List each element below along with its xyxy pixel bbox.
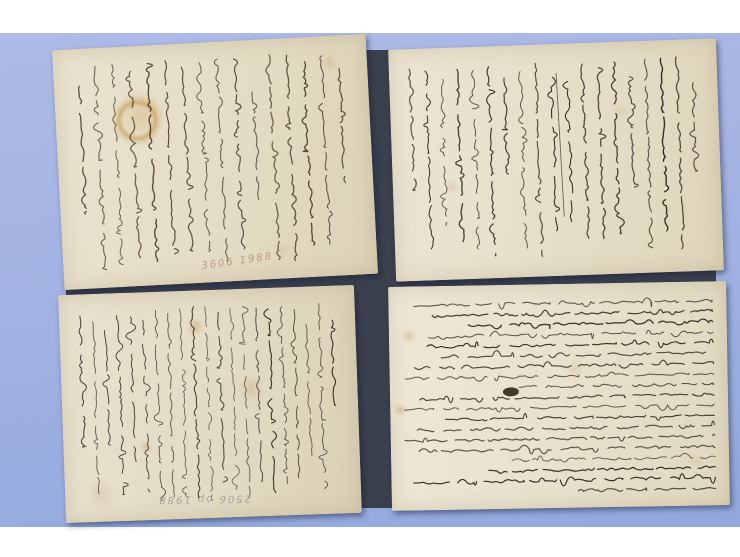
handwriting-block [396, 288, 722, 504]
pencil-annotation: 2506 op 1988 [157, 492, 251, 505]
manuscript-page-top-right [388, 38, 724, 281]
handwriting-block [64, 45, 365, 280]
handwriting-block [397, 50, 714, 271]
manuscript-page-top-left: 3606 1988 [52, 34, 378, 290]
photo-background: 3606 1988 2506 op 1988 [0, 33, 740, 527]
handwriting-block [68, 295, 351, 513]
manuscript-page-bottom-right [388, 281, 730, 511]
manuscript-page-bottom-left: 2506 op 1988 [58, 285, 362, 523]
handwriting-lines [397, 50, 714, 271]
handwriting-lines [68, 295, 351, 513]
handwriting-lines [64, 45, 365, 280]
handwriting-lines [396, 288, 722, 504]
